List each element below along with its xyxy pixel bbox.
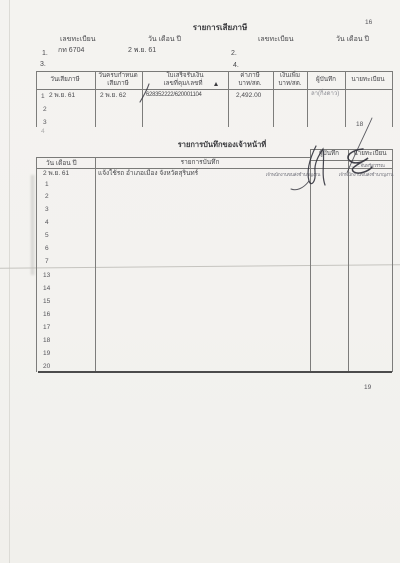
table1-row1-recorder: ลา(กิ่งดาว)	[311, 91, 339, 98]
table1-border-left	[36, 71, 37, 127]
item2-number: 2.	[231, 50, 237, 58]
page-number-bottom: 19	[364, 384, 371, 391]
registration-date-value: 2 พ.ย. 61	[128, 47, 156, 55]
page-number-mid: 18	[356, 121, 363, 128]
scanned-document-page: 16 18 19 รายการเสียภาษี เลขทะเบียน วัน เ…	[0, 0, 400, 563]
table1-header-tax-date: วันเสียภาษี	[50, 77, 79, 84]
scan-edge-line	[9, 0, 10, 563]
table1-col-line-4	[273, 71, 274, 127]
reg-label-left: เลขทะเบียน	[60, 36, 96, 44]
receipt-marker-triangle-icon	[214, 82, 218, 86]
table1-header-due-date-1: วันครบกำหนด	[98, 73, 137, 80]
item1-number: 1.	[42, 50, 48, 58]
table2-header-record: รายการบันทึก	[181, 159, 220, 166]
table2-header-date: วัน เดือน ปี	[46, 160, 77, 167]
reg-label-right: เลขทะเบียน	[258, 36, 294, 44]
table1-col-line-3	[228, 71, 229, 127]
table2-col-line-1	[95, 157, 96, 372]
table1-col-line-2	[142, 71, 143, 127]
table2-row-no-4: 4	[45, 219, 49, 226]
table1-row1-no: 1	[41, 93, 45, 100]
table2-header-recorder: ผู้บันทึก	[319, 151, 339, 158]
table2-row-no-3: 3	[45, 206, 49, 213]
table2-border-bottom	[38, 371, 392, 373]
table2-row-no-19: 19	[43, 350, 50, 357]
table1-col-line-1	[95, 71, 96, 127]
tax-section-title: รายการเสียภาษี	[193, 24, 247, 33]
table1-row1-tax-date: 2 พ.ย. 61	[49, 92, 75, 99]
table2-row1-record: แจ้งใช้รถ อำเภอเมือง จังหวัดสุรินทร์	[98, 170, 198, 177]
table2-col-line-2	[310, 149, 311, 372]
table1-header-due-date-2: เสียภาษี	[107, 81, 129, 88]
table2-border-top	[36, 157, 310, 158]
table2-row-no-6: 6	[45, 245, 49, 252]
table1-header-divider	[36, 89, 392, 90]
date-label-left: วัน เดือน ปี	[148, 36, 181, 44]
table1-row1-due-date: 2 พ.ย. 62	[100, 92, 126, 99]
table1-header-recorder: ผู้บันทึก	[316, 77, 336, 84]
table1-row4-no-faint: 4	[41, 128, 45, 135]
item3-number: 3.	[40, 61, 46, 69]
table2-row-no-20: 20	[43, 363, 50, 370]
table2-row-no-14: 14	[43, 285, 50, 292]
table1-header-tax-2: บาท/สต.	[238, 81, 261, 88]
table2-row-no-5: 5	[45, 232, 49, 239]
item4-number: 4.	[233, 62, 239, 70]
table1-row3-no: 3	[43, 119, 47, 126]
recorder-stamp-title: เจ้าพนักงานขนส่งชำนาญงาน	[266, 172, 320, 179]
table2-header-registrar: นายทะเบียน	[353, 151, 386, 158]
table1-col-line-5	[307, 71, 308, 127]
date-label-right: วัน เดือน ปี	[336, 36, 369, 44]
table1-header-receipt-2: เลขที่คุม/เลขที่	[163, 81, 202, 88]
table1-row1-tax-amount: 2,492.00	[236, 92, 261, 99]
registrar-stamp-name: ………จันทร์สุวรรณ	[347, 163, 384, 170]
recorder-stamp-name: ……………………………	[270, 165, 318, 170]
paper-crease-line	[0, 264, 400, 268]
table2-row-no-15: 15	[43, 298, 50, 305]
table1-header-tax-1: ค่าภาษี	[240, 73, 260, 80]
table2-row-no-16: 16	[43, 311, 50, 318]
table1-col-line-6	[345, 71, 346, 127]
table2-row-no-7: 7	[45, 258, 49, 265]
table1-header-receipt-1: ใบเสร็จรับเงิน	[166, 73, 203, 80]
table1-row1-receipt-number: 628352222/620001104	[146, 92, 202, 99]
table2-row1-no: 1	[45, 181, 49, 188]
registration-number-value: กท 6704	[58, 47, 84, 55]
table2-row-no-2: 2	[45, 193, 49, 200]
table1-header-registrar: นายทะเบียน	[351, 77, 384, 84]
table2-border-right	[392, 149, 393, 372]
table1-border-top	[36, 71, 392, 72]
table1-border-right	[392, 71, 393, 127]
table2-right-header-bottom	[310, 160, 392, 161]
table1-row2-no: 2	[43, 106, 47, 113]
officer-section-title: รายการบันทึกของเจ้าหน้าที่	[178, 141, 266, 149]
table2-row-no-18: 18	[43, 337, 50, 344]
page-number-top: 16	[365, 19, 372, 26]
table2-row-no-13: 13	[43, 272, 50, 279]
recorder-signature-tail	[291, 181, 309, 190]
table1-header-surcharge-1: เงินเพิ่ม	[280, 73, 300, 80]
table2-row1-date: 2 พ.ย. 61	[43, 170, 69, 177]
table2-row-no-17: 17	[43, 324, 50, 331]
table2-col-line-3	[348, 149, 349, 372]
table1-header-surcharge-2: บาท/สต.	[278, 81, 301, 88]
registrar-stamp-title: เจ้าพนักงานขนส่งชำนาญงาน	[339, 172, 393, 179]
table2-header-divider	[36, 168, 392, 169]
table2-border-left	[36, 157, 37, 372]
